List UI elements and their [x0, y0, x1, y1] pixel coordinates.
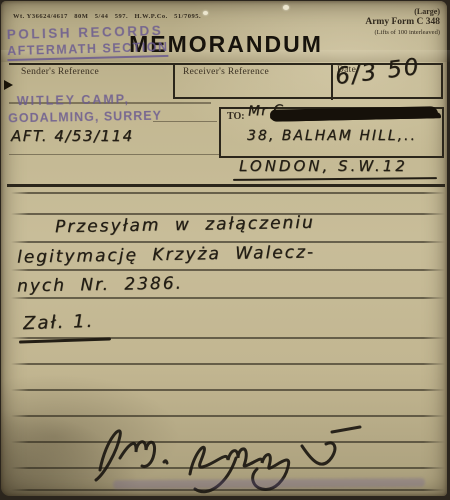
section-divider-rule	[7, 184, 445, 187]
stamp-line: POLISH RECORDS	[7, 23, 169, 42]
paper-speck	[203, 11, 208, 15]
ruled-line	[11, 241, 445, 243]
ruled-line	[11, 389, 445, 391]
witley-camp-stamp: WITLEY CAMP, GODALMING, SURREY	[8, 92, 162, 126]
form-reference-block: (Large) Army Form C 348 (Lifts of 100 in…	[365, 7, 440, 37]
stamp-bleed-mark	[113, 478, 425, 489]
form-subnote: (Lifts of 100 interleaved)	[365, 29, 440, 37]
sender-reference-label: Sender's Reference	[21, 67, 99, 77]
address-line-1: 38, BALHAM HILL,..	[247, 128, 417, 144]
ruled-line	[11, 363, 445, 365]
ruled-stub-line	[153, 121, 217, 122]
to-label: TO:	[227, 111, 245, 122]
stamp-line: WITLEY CAMP,	[17, 92, 162, 109]
stamp-line: GODALMING, SURREY	[8, 109, 162, 126]
body-text-line-3: nych Nr. 2386.	[17, 274, 183, 297]
enclosure-note: Zał. 1.	[23, 311, 95, 334]
receiver-reference-label: Receiver's Reference	[183, 67, 269, 77]
body-text-line-2: legitymację Krzyża Walecz-	[17, 242, 315, 267]
ruled-line	[11, 269, 445, 271]
form-number: Army Form C 348	[365, 17, 440, 29]
address-line-2: LONDON, S.W.12	[239, 157, 408, 175]
ruled-stub-line	[9, 154, 219, 155]
table-bottom-rule	[173, 97, 443, 99]
handwritten-underline	[233, 177, 437, 181]
table-divider	[441, 63, 443, 99]
form-size-note: (Large)	[365, 7, 440, 17]
polish-records-stamp: POLISH RECORDS AFTERMATH SECTION	[7, 23, 169, 61]
table-divider	[331, 63, 333, 100]
paper-sheet: Wt. Y36624/4617 80M 5/44 597. H.W.P.Co. …	[1, 1, 447, 496]
sender-reference-value: AFT. 4/53/114	[11, 127, 134, 145]
table-divider	[173, 63, 175, 99]
body-text-line-1: Przesyłam w załączeniu	[55, 213, 315, 238]
ruled-line	[11, 192, 445, 194]
scanned-memorandum: Wt. Y36624/4617 80M 5/44 597. H.W.P.Co. …	[0, 0, 450, 500]
printer-imprint-line: Wt. Y36624/4617 80M 5/44 597. H.W.P.Co. …	[13, 13, 201, 20]
ruled-line	[11, 297, 445, 299]
margin-arrow-mark	[4, 80, 13, 90]
paper-speck	[283, 5, 289, 10]
